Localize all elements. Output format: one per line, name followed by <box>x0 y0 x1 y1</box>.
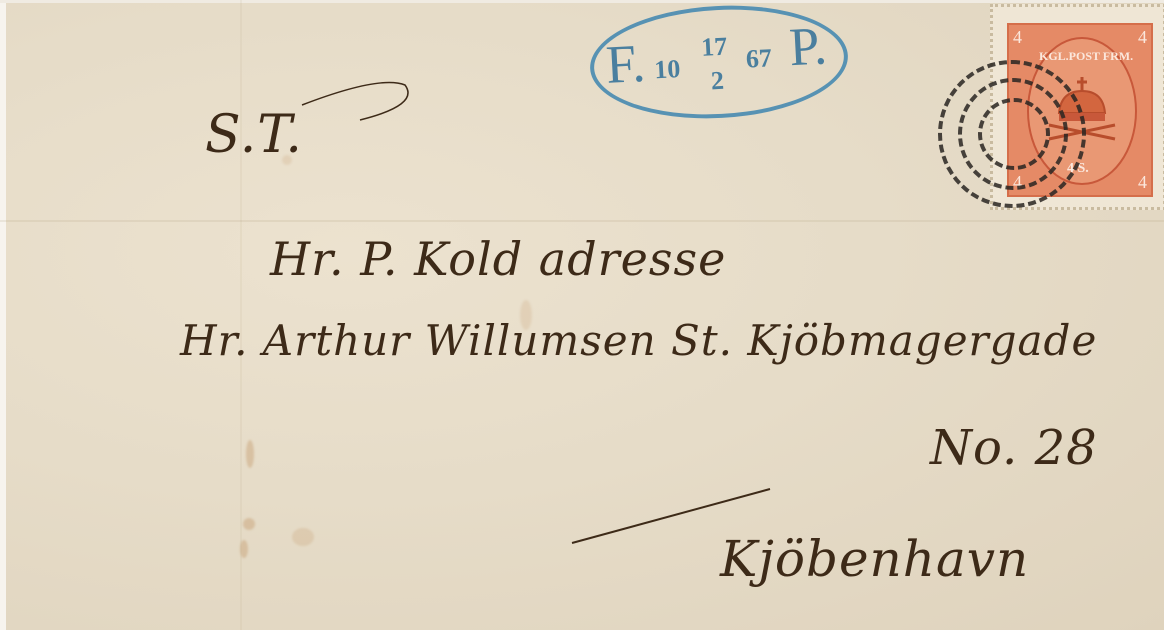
address-line-2: Hr. Arthur Willumsen St. Kjöbmagergade <box>180 316 1097 365</box>
postmark-year: 67 <box>745 43 773 74</box>
address-line-3: No. 28 <box>930 420 1098 476</box>
postmark-day: 10 <box>654 54 682 85</box>
envelope-top-edge <box>0 0 1164 3</box>
stain <box>292 528 314 546</box>
stain <box>240 540 248 558</box>
postmark-right-letter: P. <box>788 14 829 78</box>
postmark-month-bottom: 2 <box>710 66 725 97</box>
stain <box>243 518 255 530</box>
envelope-left-edge <box>0 0 6 630</box>
fold-line <box>240 0 242 630</box>
envelope: F. 10 17 2 67 P. 4 4 4 4 KGL.POST FRM. <box>0 0 1164 630</box>
flourish-icon <box>300 75 500 145</box>
postmark-month-top: 17 <box>700 32 728 63</box>
postmark-left-letter: F. <box>604 32 646 96</box>
address-line-4: Kjöbenhavn <box>720 530 1029 588</box>
address-line-1: Hr. P. Kold adresse <box>270 232 726 286</box>
cancel-ring-inner <box>978 98 1050 170</box>
stamp-corner-value: 4 <box>1138 27 1147 48</box>
fold-line <box>0 220 1164 222</box>
stamp-corner-value: 4 <box>1013 27 1022 48</box>
stamp-corner-value: 4 <box>1138 172 1147 193</box>
salutation: S.T. <box>205 105 303 165</box>
stamp-inscription: KGL.POST FRM. <box>1039 49 1133 64</box>
stain <box>246 440 254 468</box>
postmark: F. 10 17 2 67 P. <box>587 0 851 125</box>
